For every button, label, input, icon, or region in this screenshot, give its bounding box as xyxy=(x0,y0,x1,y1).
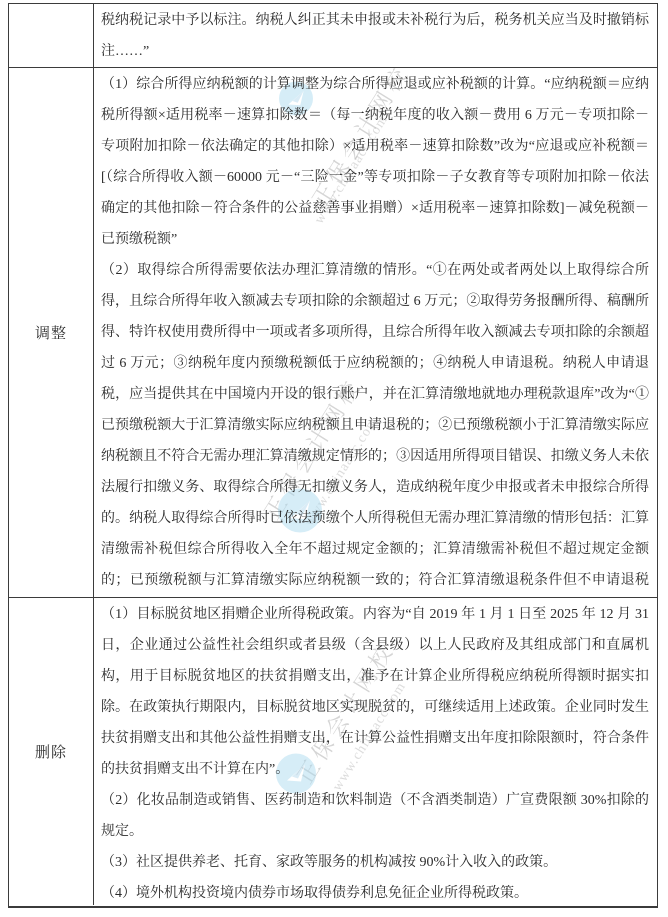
table-row-continuation: 税纳税记录中予以标注。纳税人纠正其未申报或未补税行为后，税务机关应当及时撤销标注… xyxy=(9,4,657,67)
row-label-cell: 调整 xyxy=(9,68,94,597)
table-row-delete: 删除 （1）目标脱贫地区捐赠企业所得税政策。内容为“自 2019 年 1 月 1… xyxy=(9,597,657,905)
row-label-cell: 删除 xyxy=(9,598,94,905)
document-page: 正保会计网校 www.chinaacc.com 正保会计网校 www.china… xyxy=(0,0,668,917)
row-label-cell xyxy=(9,4,94,67)
tax-policy-table: 税纳税记录中予以标注。纳税人纠正其未申报或未补税行为后，税务机关应当及时撤销标注… xyxy=(8,3,658,908)
paragraph: 税纳税记录中予以标注。纳税人纠正其未申报或未补税行为后，税务机关应当及时撤销标注… xyxy=(101,5,649,67)
table-row-adjust: 调整 （1）综合所得应纳税额的计算调整为综合所得应退或应补税额的计算。“应纳税额… xyxy=(9,67,657,597)
row-content-cell: （1）目标脱贫地区捐赠企业所得税政策。内容为“自 2019 年 1 月 1 日至… xyxy=(94,598,657,905)
paragraph: （2）化妆品制造或销售、医药制造和饮料制造（不含酒类制造）广宣费限额 30%扣除… xyxy=(101,785,649,847)
row-content-cell: 税纳税记录中予以标注。纳税人纠正其未申报或未补税行为后，税务机关应当及时撤销标注… xyxy=(94,4,657,67)
row-content-cell: （1）综合所得应纳税额的计算调整为综合所得应退或应补税额的计算。“应纳税额＝应纳… xyxy=(94,68,657,597)
paragraph: （1）综合所得应纳税额的计算调整为综合所得应退或应补税额的计算。“应纳税额＝应纳… xyxy=(101,69,649,255)
paragraph: （3）社区提供养老、托育、家政等服务的机构减按 90%计入收入的政策。 xyxy=(101,847,649,878)
paragraph: （1）目标脱贫地区捐赠企业所得税政策。内容为“自 2019 年 1 月 1 日至… xyxy=(101,599,649,785)
paragraph: （2）取得综合所得需要依法办理汇算清缴的情形。“①在两处或者两处以上取得综合所得… xyxy=(101,255,649,597)
paragraph: （4）境外机构投资境内债券市场取得债券利息免征企业所得税政策。 xyxy=(101,878,649,905)
